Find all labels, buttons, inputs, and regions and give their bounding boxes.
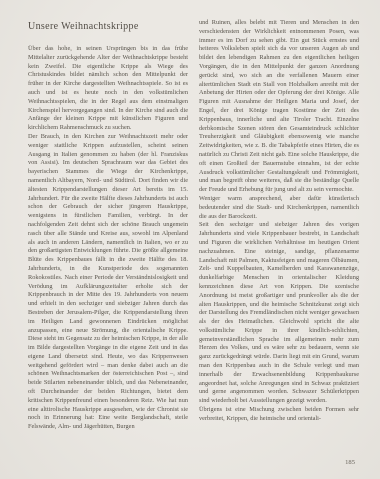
paragraph-left-1: Über das hohe, in seinen Ursprüngen bis … [28,45,188,133]
book-page: Unsere Weihnachtskrippe Über das hohe, i… [0,0,380,479]
right-column: und Ruinen, alles belebt mit Tieren und … [199,19,359,424]
paragraph-right-1: und Ruinen, alles belebt mit Tieren und … [199,19,359,195]
paragraph-right-4: Übrigens ist eine Mischung zwischen beid… [199,406,359,424]
page-number: 185 [345,459,355,466]
left-column: Unsere Weihnachtskrippe Über das hohe, i… [28,19,188,432]
article-title: Unsere Weihnachtskrippe [28,21,188,32]
paragraph-left-2: Der Brauch, in den Kirchen zur Weihnacht… [28,133,188,432]
paragraph-right-2: Weniger warm ansprechend, aber dafür kün… [199,195,359,221]
text-columns: Unsere Weihnachtskrippe Über das hohe, i… [28,19,359,432]
paragraph-right-3: Seit den sechziger und siebziger Jahren … [199,221,359,406]
